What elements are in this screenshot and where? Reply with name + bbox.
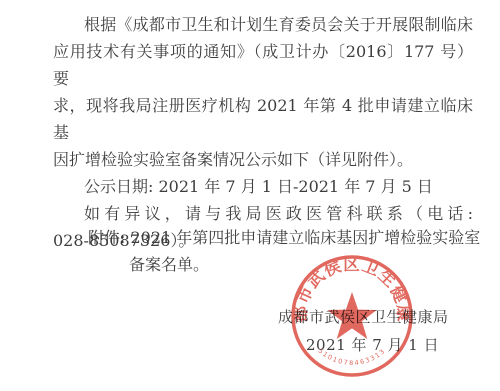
publicity-date-line: 公示日期: 2021 年 7 月 1 日-2021 年 7 月 5 日 — [53, 173, 473, 200]
seal-serial-number: 5101078463313 — [317, 347, 388, 367]
paragraph1-line4: 因扩增检验实验室备案情况公示如下（详见附件）。 — [53, 146, 473, 173]
paragraph1-line3: 求，现将我局注册医疗机构 2021 年第 4 批申请建立临床基 — [53, 92, 473, 146]
paragraph1-line2: 应用技术有关事项的通知》（成卫计办〔2016〕177 号）要 — [53, 38, 473, 92]
objection-line1: 如有异议，请与我局医政医管科联系（电话: — [53, 200, 473, 227]
paragraph1-line1: 根据《成都市卫生和计划生育委员会关于开展限制临床 — [53, 11, 473, 38]
official-seal: 成都市武侯区卫生健康局 5101078463313 — [282, 246, 422, 386]
scanned-notice-document: 根据《成都市卫生和计划生育委员会关于开展限制临床 应用技术有关事项的通知》（成卫… — [0, 0, 500, 391]
star-icon — [327, 292, 376, 339]
document-body: 根据《成都市卫生和计划生育委员会关于开展限制临床 应用技术有关事项的通知》（成卫… — [53, 11, 473, 254]
